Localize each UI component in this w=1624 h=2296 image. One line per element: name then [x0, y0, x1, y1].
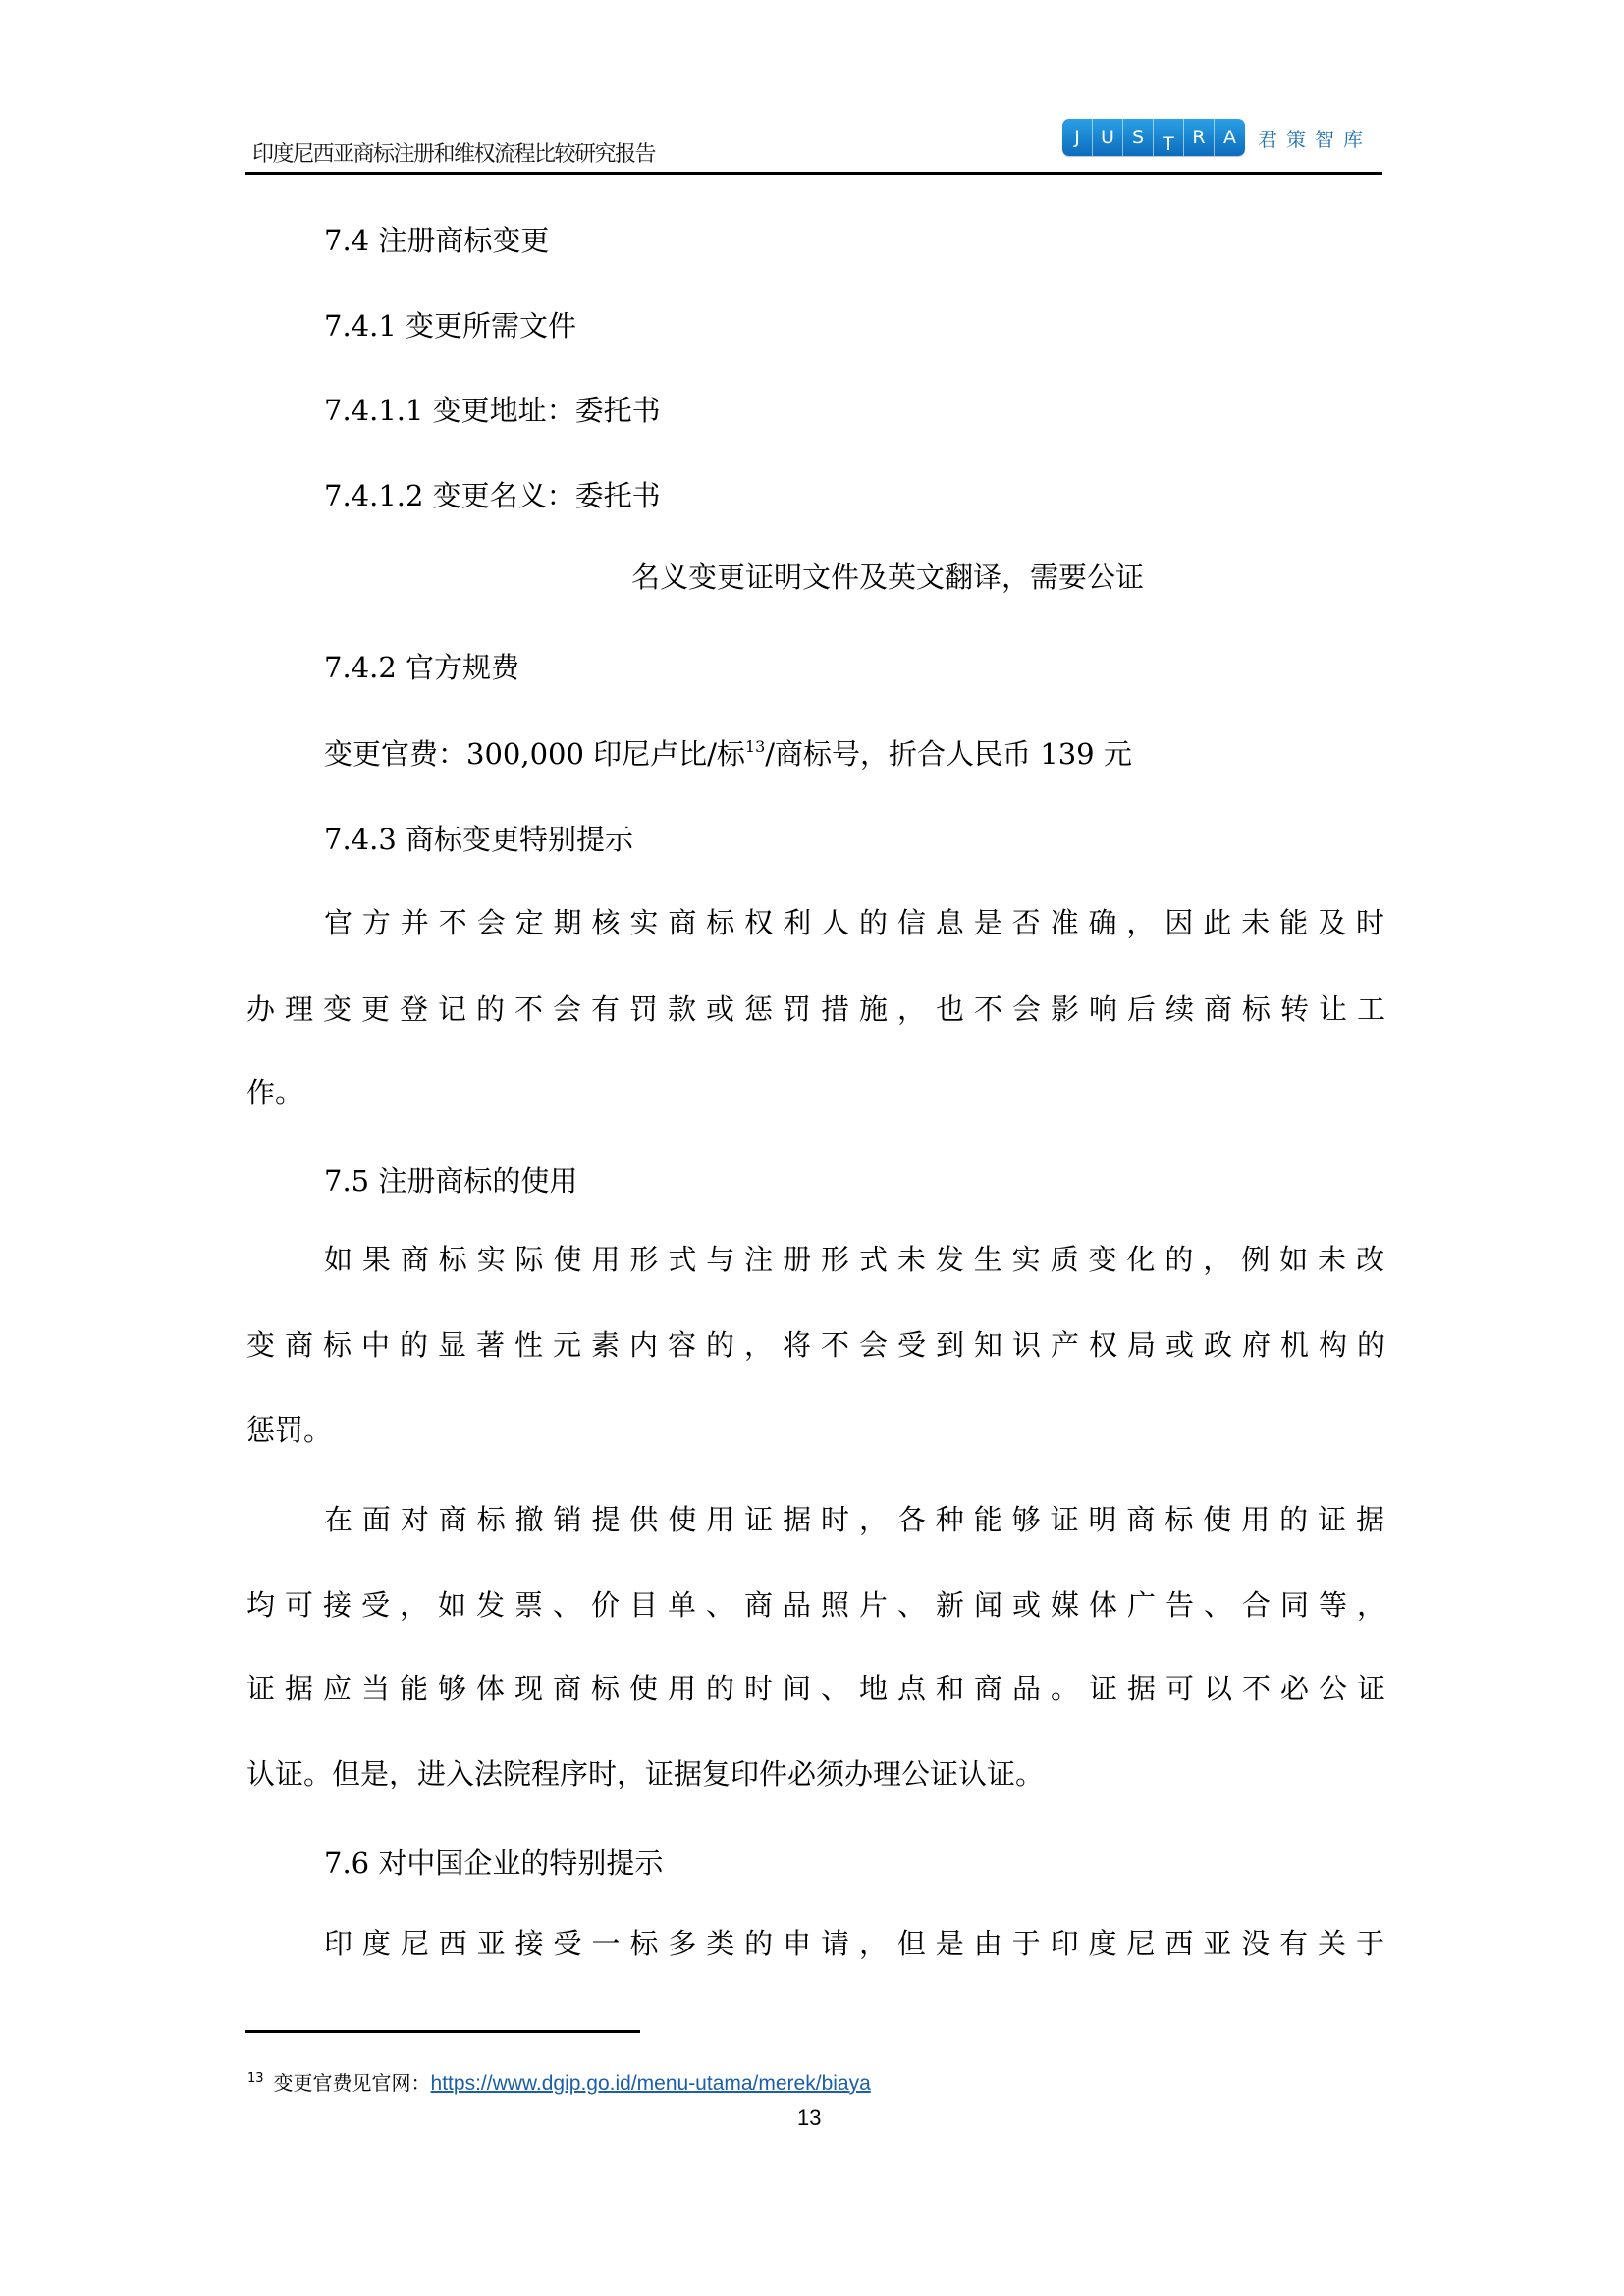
logo-letter: J: [1062, 119, 1093, 156]
paragraph-line: 印度尼西亚接受一标多类的申请，但是由于印度尼西亚没有关于: [324, 1927, 1384, 1960]
logo-letter-box: J U S T R A: [1062, 119, 1245, 156]
section-heading-7-5: 7.5 注册商标的使用: [324, 1164, 577, 1198]
fee-text-after: /商标号，折合人民币 139 元: [765, 737, 1132, 771]
footnote: 13变更官费见官网：https://www.dgip.go.id/menu-ut…: [247, 2067, 871, 2096]
item-7-4-1-2: 7.4.1.2 变更名义：委托书: [324, 479, 661, 512]
paragraph-line: 变商标中的显著性元素内容的，将不会受到知识产权局或政府机构的: [246, 1328, 1385, 1362]
logo-letter: U: [1093, 119, 1123, 156]
paragraph-line: 认证。但是，进入法院程序时，证据复印件必须办理公证认证。: [246, 1757, 1044, 1790]
item-7-4-1-1: 7.4.1.1 变更地址：委托书: [324, 394, 661, 427]
paragraph-line: 如果商标实际使用形式与注册形式未发生实质变化的，例如未改: [324, 1243, 1384, 1276]
footnote-separator: [245, 2030, 640, 2033]
item-7-4-1-2-continuation: 名义变更证明文件及英文翻译，需要公证: [631, 561, 1144, 594]
paragraph-line: 办理变更登记的不会有罚款或惩罚措施，也不会影响后续商标转让工: [246, 992, 1385, 1026]
section-heading-7-4-3: 7.4.3 商标变更特别提示: [324, 823, 633, 856]
footnote-link[interactable]: https://www.dgip.go.id/menu-utama/merek/…: [431, 2072, 871, 2095]
paragraph-line: 作。: [246, 1076, 303, 1109]
paragraph-line: 证据应当能够体现商标使用的时间、地点和商品。证据可以不必公证: [246, 1672, 1385, 1705]
justra-logo: J U S T R A 君策智库: [1062, 119, 1372, 156]
fee-text: 变更官费：300,000 印尼卢比/标: [324, 737, 745, 771]
paragraph-line: 官方并不会定期核实商标权利人的信息是否准确，因此未能及时: [324, 906, 1384, 939]
paragraph-line: 均可接受，如发票、价目单、商品照片、新闻或媒体广告、合同等，: [246, 1588, 1385, 1622]
page-number: 13: [797, 2106, 821, 2131]
document-page: 印度尼西亚商标注册和维权流程比较研究报告 J U S T R A 君策智库 7.…: [0, 0, 1624, 2296]
logo-letter: A: [1215, 119, 1245, 156]
fee-line: 变更官费：300,000 印尼卢比/标13/商标号，折合人民币 139 元: [324, 737, 1132, 771]
section-heading-7-4: 7.4 注册商标变更: [324, 224, 549, 257]
paragraph-line: 惩罚。: [246, 1414, 332, 1447]
logo-letter: S: [1123, 119, 1154, 156]
section-heading-7-6: 7.6 对中国企业的特别提示: [324, 1846, 663, 1880]
logo-letter: T: [1154, 119, 1184, 156]
paragraph-line: 在面对商标撤销提供使用证据时，各种能够证明商标使用的证据: [324, 1503, 1384, 1536]
running-header-title: 印度尼西亚商标注册和维权流程比较研究报告: [252, 137, 655, 168]
header-divider: [245, 172, 1382, 175]
footnote-text: 变更官费见官网：: [274, 2071, 431, 2095]
footnote-number: 13: [247, 2071, 264, 2086]
logo-chinese-text: 君策智库: [1258, 124, 1372, 152]
logo-letter: R: [1184, 119, 1215, 156]
footnote-reference[interactable]: 13: [745, 737, 765, 756]
section-heading-7-4-1: 7.4.1 变更所需文件: [324, 309, 576, 343]
section-heading-7-4-2: 7.4.2 官方规费: [324, 651, 519, 684]
